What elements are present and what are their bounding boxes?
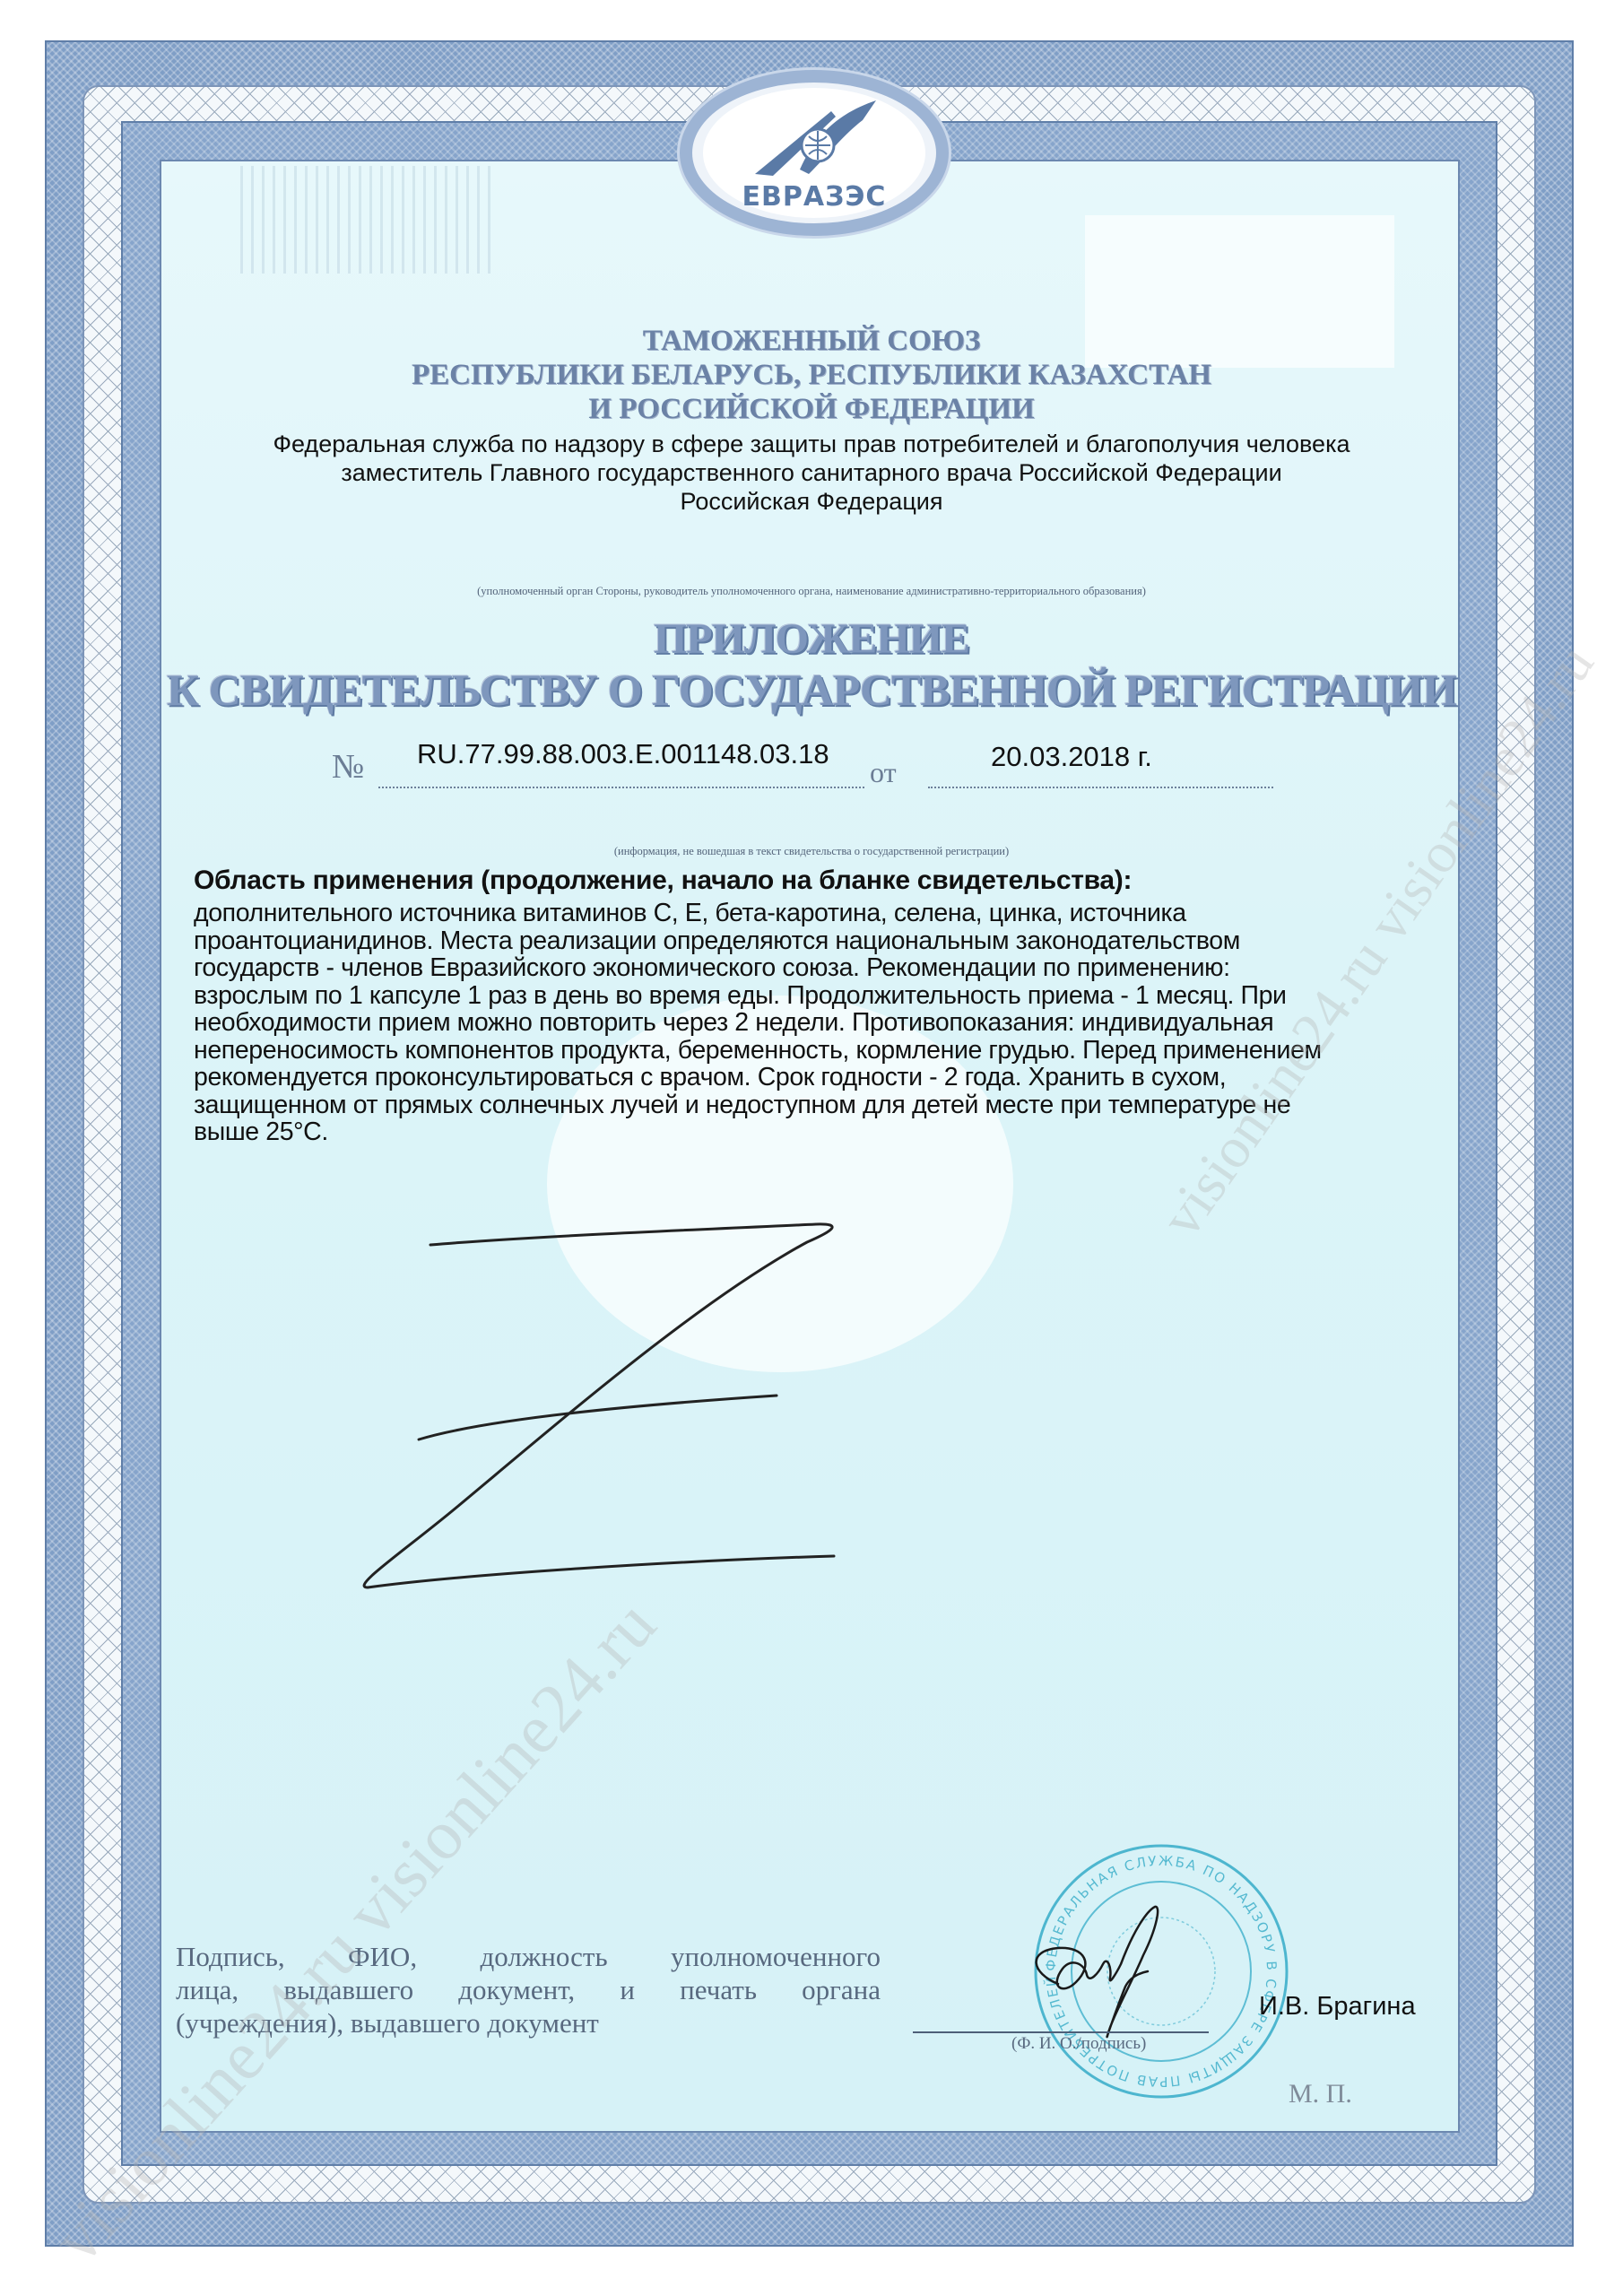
customs-union-members: РЕСПУБЛИКИ БЕЛАРУСЬ, РЕСПУБЛИКИ КАЗАХСТА…: [161, 359, 1462, 392]
seal-mark: М. П.: [1289, 2079, 1352, 2109]
scope-text: дополнительного источника витаминов С, Е…: [194, 900, 1431, 1146]
date-label: от: [870, 756, 897, 789]
scope-section: Область применения (продолжение, начало …: [194, 865, 1431, 1146]
customs-union-federation: И РОССИЙСКОЙ ФЕДЕРАЦИИ: [161, 393, 1462, 426]
scope-line: необходимости прием можно повторить чере…: [194, 1009, 1431, 1037]
scope-line: дополнительного источника витаминов С, Е…: [194, 900, 1431, 927]
authority-country: Российская Федерация: [161, 488, 1462, 516]
authority-caption: (уполномоченный орган Стороны, руководит…: [161, 585, 1462, 598]
emblem-label: ЕВРАЗЭС: [692, 181, 936, 213]
scope-line: рекомендуется проконсультироваться с вра…: [194, 1064, 1431, 1091]
z-strike-mark: [359, 1211, 1076, 1928]
customs-union-title: ТАМОЖЕННЫЙ СОЮЗ: [161, 325, 1462, 358]
registration-date: 20.03.2018 г.: [991, 741, 1152, 773]
eurasec-emblem: ЕВРАЗЭС: [680, 70, 949, 236]
info-caption: (информация, не вошедшая в текст свидете…: [161, 845, 1462, 858]
number-label: №: [332, 747, 364, 787]
background-pattern: [240, 166, 491, 274]
registration-number: RU.77.99.88.003.E.001148.03.18: [417, 738, 829, 770]
authority-position: заместитель Главного государственного са…: [161, 459, 1462, 487]
scope-line: взрослым по 1 капсуле 1 раз в день во вр…: [194, 982, 1431, 1010]
scope-line: государств - членов Евразийского экономи…: [194, 954, 1431, 982]
document-title: ПРИЛОЖЕНИЕ: [161, 614, 1462, 664]
scope-line: проантоцианидинов. Места реализации опре…: [194, 927, 1431, 955]
registration-row: № RU.77.99.88.003.E.001148.03.18 от 20.0…: [332, 738, 1300, 792]
authority-name: Федеральная служба по надзору в сфере за…: [161, 430, 1462, 458]
number-underline: [378, 787, 864, 788]
scope-line: выше 25°С.: [194, 1118, 1431, 1146]
signer-name: И.В. Брагина: [1259, 1992, 1416, 2022]
signature-line: [913, 2031, 1209, 2033]
date-underline: [928, 787, 1273, 788]
signature-instructions: Подпись, ФИО, должность уполномоченного …: [176, 1940, 881, 2039]
scope-line: защищенном от прямых солнечных лучей и н…: [194, 1091, 1431, 1119]
eurasec-logo-icon: [746, 93, 890, 183]
handwritten-signature: [1022, 1901, 1184, 2045]
signature-caption: (Ф. И. О./подпись): [1011, 2034, 1146, 2054]
document-subtitle: К СВИДЕТЕЛЬСТВУ О ГОСУДАРСТВЕННОЙ РЕГИСТ…: [161, 664, 1462, 716]
scope-heading: Область применения (продолжение, начало …: [194, 865, 1431, 896]
scope-line: непереносимость компонентов продукта, бе…: [194, 1037, 1431, 1065]
